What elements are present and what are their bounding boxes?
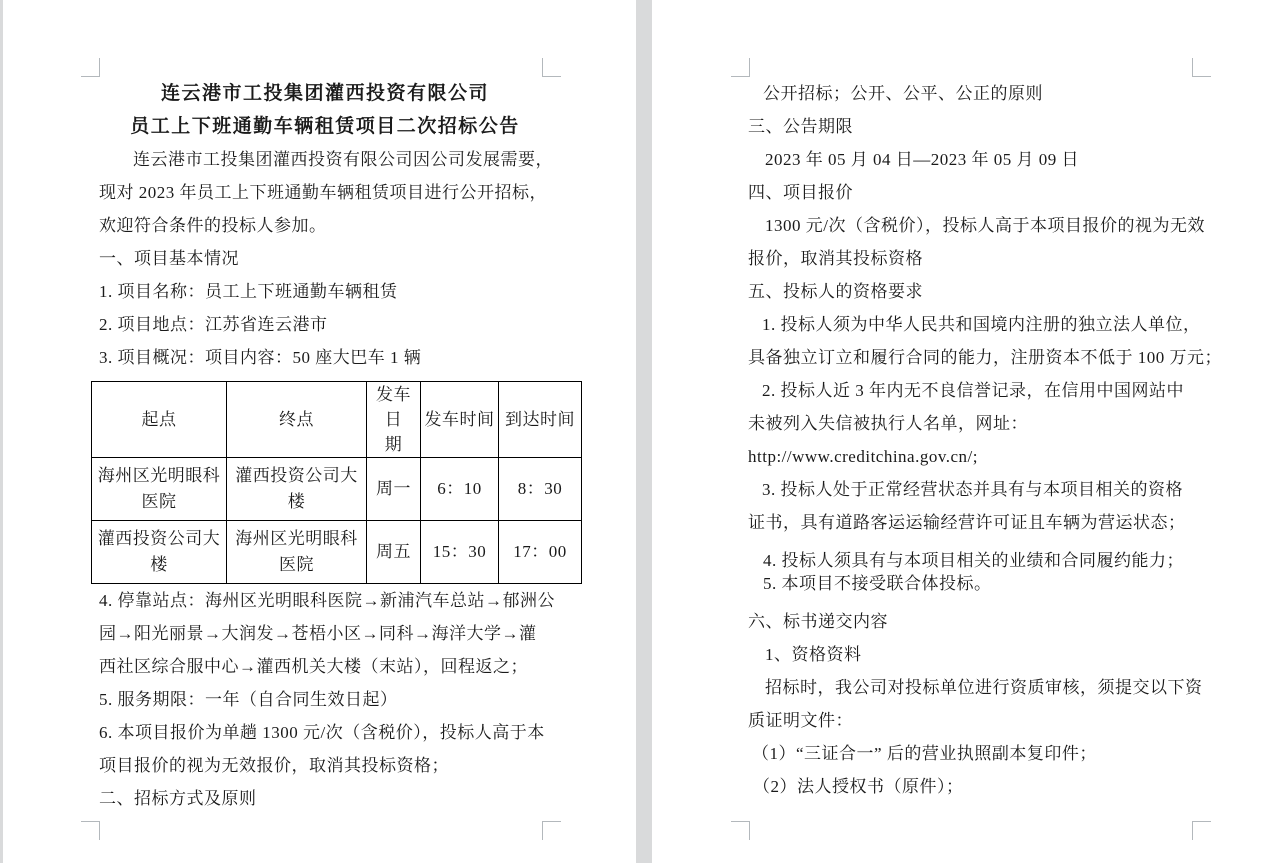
page-1: 连云港市工投集团灌西投资有限公司 员工上下班通勤车辆租赁项目二次招标公告 连云港… [3,0,636,863]
crop-mark-top-left [731,58,750,77]
page1-intro-line-5: 1. 项目名称：员工上下班通勤车辆租赁 [99,275,551,308]
page1-intro-line-7: 3. 项目概况：项目内容：50 座大巴车 1 辆 [99,341,551,374]
intro-paragraphs: 连云港市工投集团灌西投资有限公司因公司发展需要，现对 2023 年员工上下班通勤… [99,143,551,374]
page2-line-3: 2023 年 05 月 04 日—2023 年 05 月 09 日 [748,143,1200,176]
page2-line-16: 5. 本项目不接受联合体投标。 [748,572,1200,595]
page2-line-5: 1300 元/次（含税价），投标人高于本项目报价的视为无效 [748,209,1200,242]
page1-intro-line-2: 现对 2023 年员工上下班通勤车辆租赁项目进行公开招标， [99,176,551,209]
schedule-cell-2-2: 海州区光明眼科 医院 [227,521,367,584]
crop-mark-top-right [542,58,561,77]
crop-mark-bottom-right [542,821,561,840]
schedule-cell-1-3: 周一 [367,458,421,521]
schedule-cell-2-4: 15：30 [421,521,499,584]
page1-after-line-7: 二、招标方式及原则 [99,782,551,815]
page-2: 公开招标；公开、公平、公正的原则三、公告期限2023 年 05 月 04 日—2… [652,0,1288,863]
page2-line-7: 五、投标人的资格要求 [748,275,1200,308]
crop-mark-bottom-left [81,821,100,840]
after-table-paragraphs: 4. 停靠站点：海州区光明眼科医院→新浦汽车总站→郁洲公园→阳光丽景→大润发→苍… [99,584,551,815]
page2-line-8: 1. 投标人须为中华人民共和国境内注册的独立法人单位， [748,308,1200,341]
page2-line-4: 四、项目报价 [748,176,1200,209]
crop-mark-bottom-left [731,821,750,840]
page2-line-18: 1、资格资料 [748,638,1200,671]
schedule-header-cell-3: 发车日 期 [367,382,421,458]
page1-after-line-4: 5. 服务期限：一年（自合同生效日起） [99,683,551,716]
page2-line-22: （2）法人授权书（原件）； [748,770,1200,803]
document-title-line-1: 连云港市工投集团灌西投资有限公司 [99,77,551,110]
bus-schedule-table: 起点终点发车日 期发车时间到达时间海州区光明眼科 医院灌西投资公司大 楼周一6：… [91,381,582,584]
page1-after-line-6: 项目报价的视为无效报价，取消其投标资格； [99,749,551,782]
page2-line-15: 4. 投标人须具有与本项目相关的业绩和合同履约能力； [748,549,1200,572]
page1-after-line-3: 西社区综合服中心→灌西机关大楼（末站），回程返之； [99,650,551,683]
page2-line-2: 三、公告期限 [748,110,1200,143]
schedule-cell-2-1: 灌西投资公司大 楼 [92,521,227,584]
page1-intro-line-4: 一、项目基本情况 [99,242,551,275]
page2-line-14: 证书，具有道路客运运输经营许可证且车辆为营运状态； [748,506,1200,539]
schedule-cell-2-5: 17：00 [499,521,582,584]
schedule-row-2: 灌西投资公司大 楼海州区光明眼科 医院周五15：3017：00 [92,521,582,584]
schedule-cell-1-4: 6：10 [421,458,499,521]
crop-mark-top-right [1192,58,1211,77]
page2-line-13: 3. 投标人处于正常经营状态并具有与本项目相关的资格 [748,473,1200,506]
schedule-header-row: 起点终点发车日 期发车时间到达时间 [92,382,582,458]
page2-line-9: 具备独立订立和履行合同的能力，注册资本不低于 100 万元； [748,341,1200,374]
schedule-header-cell-2: 终点 [227,382,367,458]
crop-mark-bottom-right [1192,821,1211,840]
page1-after-line-1: 4. 停靠站点：海州区光明眼科医院→新浦汽车总站→郁洲公 [99,584,551,617]
page2-line-19: 招标时，我公司对投标单位进行资质审核，须提交以下资 [748,671,1200,704]
page2-line-12: http://www.creditchina.gov.cn/; [748,440,1200,473]
page-1-content: 连云港市工投集团灌西投资有限公司 员工上下班通勤车辆租赁项目二次招标公告 连云港… [99,77,551,815]
page2-line-21: （1）“三证合一” 后的营业执照副本复印件； [748,737,1200,770]
page2-line-1: 公开招标；公开、公平、公正的原则 [748,77,1200,110]
page2-line-17: 六、标书递交内容 [748,605,1200,638]
schedule-cell-2-3: 周五 [367,521,421,584]
page1-intro-line-3: 欢迎符合条件的投标人参加。 [99,209,551,242]
page-gap [636,0,652,863]
page1-after-line-2: 园→阳光丽景→大润发→苍梧小区→同科→海洋大学→灌 [99,617,551,650]
schedule-cell-1-2: 灌西投资公司大 楼 [227,458,367,521]
schedule-header-cell-1: 起点 [92,382,227,458]
page2-line-20: 质证明文件： [748,704,1200,737]
page-2-paragraphs: 公开招标；公开、公平、公正的原则三、公告期限2023 年 05 月 04 日—2… [748,77,1200,803]
schedule-header-cell-4: 发车时间 [421,382,499,458]
schedule-cell-1-1: 海州区光明眼科 医院 [92,458,227,521]
page2-line-6: 报价，取消其投标资格 [748,242,1200,275]
page1-after-line-5: 6. 本项目报价为单趟 1300 元/次（含税价），投标人高于本 [99,716,551,749]
page1-intro-line-1: 连云港市工投集团灌西投资有限公司因公司发展需要， [99,143,551,176]
page-2-content: 公开招标；公开、公平、公正的原则三、公告期限2023 年 05 月 04 日—2… [748,77,1200,803]
schedule-header-cell-5: 到达时间 [499,382,582,458]
crop-mark-top-left [81,58,100,77]
schedule-cell-1-5: 8：30 [499,458,582,521]
document-title-line-2: 员工上下班通勤车辆租赁项目二次招标公告 [99,110,551,143]
page2-line-10: 2. 投标人近 3 年内无不良信誉记录，在信用中国网站中 [748,374,1200,407]
schedule-row-1: 海州区光明眼科 医院灌西投资公司大 楼周一6：108：30 [92,458,582,521]
page1-intro-line-6: 2. 项目地点：江苏省连云港市 [99,308,551,341]
page2-line-11: 未被列入失信被执行人名单，网址： [748,407,1200,440]
